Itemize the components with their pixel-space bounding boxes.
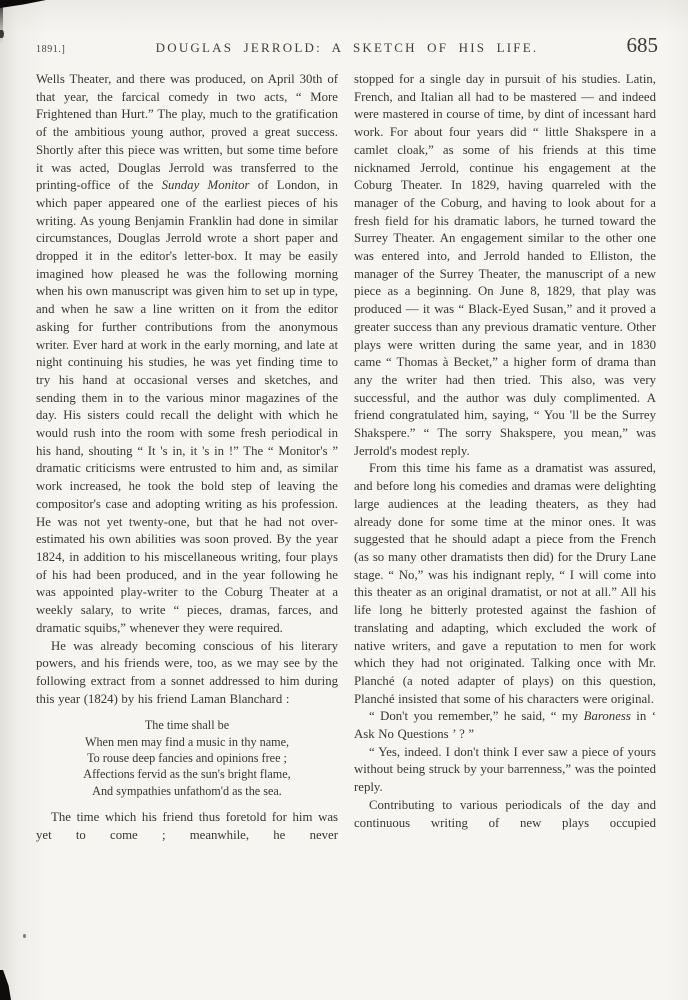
text-run: The time which his friend thus foretold … (36, 810, 338, 842)
scan-artifact-bottom-left-corner (0, 970, 11, 1000)
poem-line: Affections fervid as the sun's bright fl… (36, 766, 338, 782)
text-run: Contributing to various periodicals of t… (354, 798, 656, 830)
running-title: DOUGLAS JERROLD: A SKETCH OF HIS LIFE. (96, 40, 598, 56)
text-run: He was already becoming conscious of his… (36, 639, 338, 706)
poem-line: When men may find a music in thy name, (36, 734, 338, 750)
poem-line: The time shall be (36, 717, 338, 733)
text-run: of London, in which paper appeared one o… (36, 178, 338, 635)
left-column: Wells Theater, and there was produced, o… (36, 71, 338, 844)
sonnet-extract: The time shall beWhen men may find a mus… (36, 717, 338, 798)
text-run: stopped for a single day in pursuit of h… (354, 72, 656, 458)
paragraph: From this time his fame as a dramatist w… (354, 460, 656, 708)
italic-text-run: Baroness (584, 709, 631, 723)
paragraph: “ Don't you remember,” he said, “ my Bar… (354, 708, 656, 743)
paragraph: Wells Theater, and there was produced, o… (36, 71, 338, 638)
italic-text-run: Sunday Monitor (162, 178, 250, 192)
scan-speck (23, 934, 26, 938)
article-body: Wells Theater, and there was produced, o… (0, 58, 688, 844)
paragraph: The time which his friend thus foretold … (36, 809, 338, 844)
poem-line: To rouse deep fancies and opinions free … (36, 750, 338, 766)
paragraph: “ Yes, indeed. I don't think I ever saw … (354, 744, 656, 797)
paragraph: stopped for a single day in pursuit of h… (354, 71, 656, 460)
paragraph: Contributing to various periodicals of t… (354, 797, 656, 832)
right-column: stopped for a single day in pursuit of h… (354, 71, 656, 844)
text-run: “ Yes, indeed. I don't think I ever saw … (354, 745, 656, 794)
text-run: From this time his fame as a dramatist w… (354, 461, 656, 705)
page-header: 1891.] DOUGLAS JERROLD: A SKETCH OF HIS … (0, 0, 688, 58)
paragraph: He was already becoming conscious of his… (36, 638, 338, 709)
issue-year-label: 1891.] (36, 44, 96, 55)
text-run: Wells Theater, and there was produced, o… (36, 72, 338, 192)
page-number: 685 (598, 33, 658, 58)
scanned-book-page: 1891.] DOUGLAS JERROLD: A SKETCH OF HIS … (0, 0, 688, 1000)
text-run: “ Don't you remember,” he said, “ my (369, 709, 584, 723)
poem-line: And sympathies unfathom'd as the sea. (36, 783, 338, 799)
